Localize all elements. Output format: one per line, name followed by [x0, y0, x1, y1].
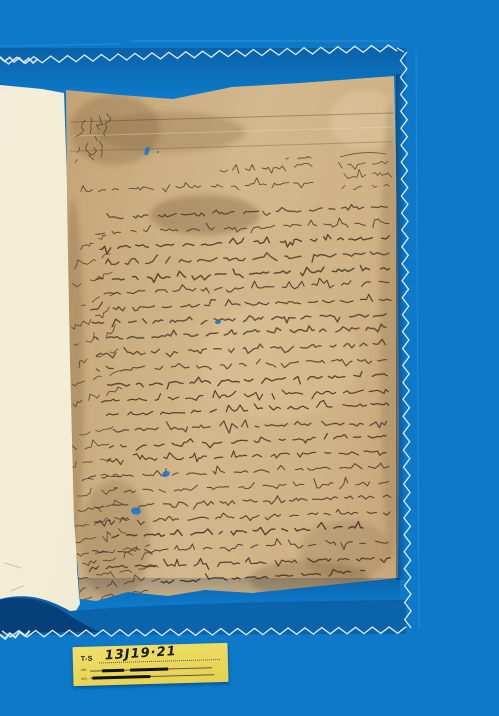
scale-bar — [90, 674, 214, 678]
scale-unit-label: cm — [81, 676, 86, 681]
scale-unit-label: cm — [81, 667, 86, 672]
photo-background: T-S 13J19·21 cm cm — [0, 0, 499, 716]
scale-bar — [90, 667, 212, 671]
scale-segment — [130, 668, 168, 672]
scale-segment — [92, 675, 150, 680]
stitching-overlay — [0, 0, 499, 716]
scale-segment — [102, 669, 124, 673]
shelfmark-label: T-S 13J19·21 cm cm — [72, 643, 228, 686]
label-prefix: T-S — [81, 656, 93, 663]
